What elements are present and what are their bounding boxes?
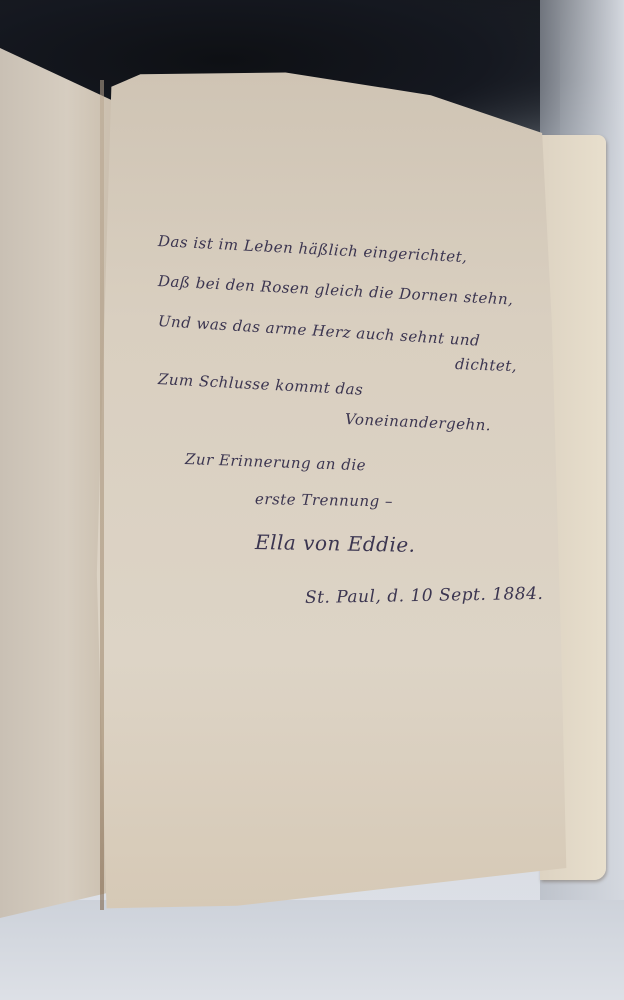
table-surface	[0, 900, 624, 1000]
signature: Ella von Eddie.	[255, 530, 416, 557]
left-page	[0, 48, 112, 918]
poem-line-3-continuation: dichtet,	[455, 355, 518, 375]
dedication-line-2: erste Trennung –	[255, 490, 393, 510]
place-and-date: St. Paul, d. 10 Sept. 1884.	[305, 584, 544, 608]
book-gutter	[100, 80, 104, 910]
right-page	[92, 70, 576, 910]
